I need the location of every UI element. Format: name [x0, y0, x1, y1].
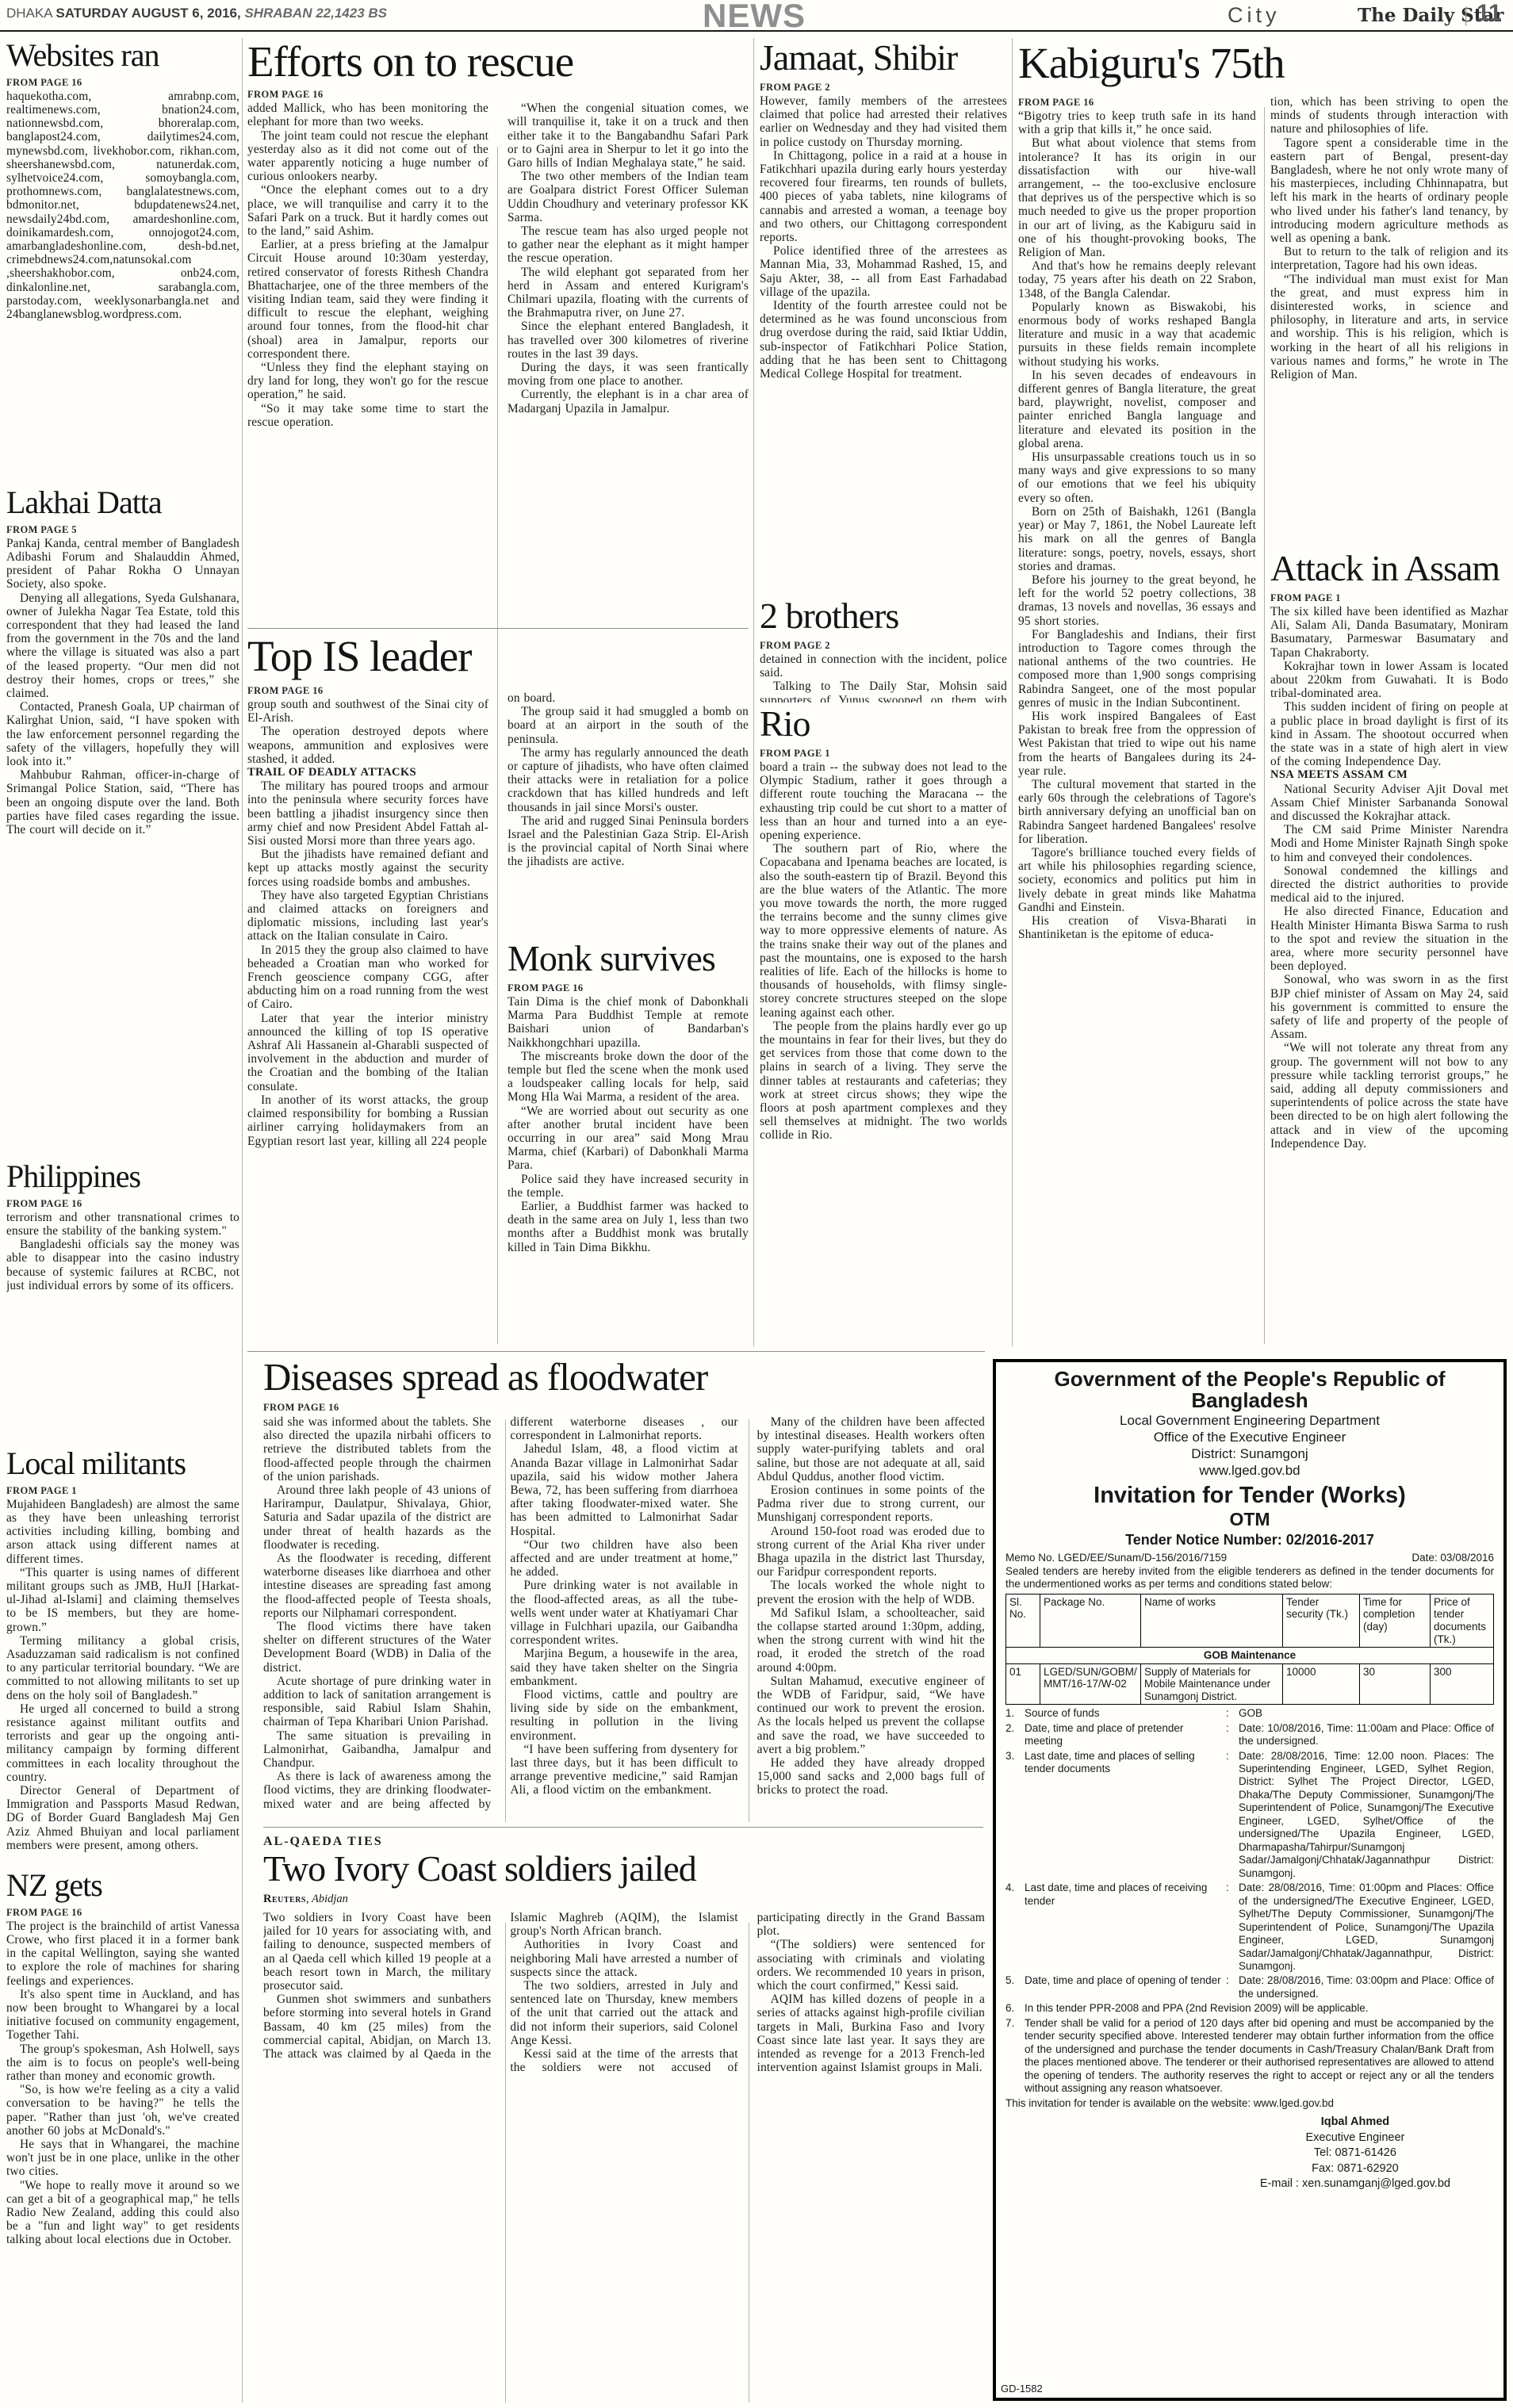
paragraph: Around 150-foot road was eroded due to s… — [757, 1525, 985, 1579]
page-section-label: City — [1228, 3, 1281, 28]
ad-department: Local Government Engineering Department — [1005, 1412, 1494, 1429]
paragraph: group south and southwest of the Sinai c… — [247, 698, 488, 725]
col-header-sl: Sl. No. — [1006, 1594, 1040, 1647]
table-section-row: GOB Maintenance — [1006, 1648, 1494, 1664]
paragraph: The army has regularly announced the dea… — [508, 746, 749, 814]
ad-works-table: Sl. No. Package No. Name of works Tender… — [1005, 1594, 1494, 1705]
article-headline: Monk survives — [508, 940, 749, 978]
section-rule — [247, 1351, 985, 1352]
col-header-package: Package No. — [1040, 1594, 1141, 1647]
ad-condition-item: 7. Tender shall be valid for a period of… — [1005, 2017, 1494, 2096]
table-row: 01 LGED/SUN/GOBM/MMT/16-17/W-02 Supply o… — [1006, 1663, 1494, 1705]
paragraph: Identity of the fourth arrestee could no… — [760, 299, 1007, 381]
article-kabiguru-left: FROM PAGE 16 “Bigotry tries to keep trut… — [1018, 95, 1256, 1348]
paragraph: This sudden incident of firing on people… — [1270, 700, 1508, 768]
paragraph: Kokrajhar town in lower Assam is located… — [1270, 660, 1508, 701]
item-value: Date: 10/08/2016, Time: 11:00am and Plac… — [1239, 1722, 1494, 1748]
article-headline: Philippines — [6, 1161, 239, 1193]
article-headline: Two Ivory Coast soldiers jailed — [263, 1851, 985, 1888]
from-page-label: FROM PAGE 16 — [6, 77, 239, 89]
article-kabiguru-headline: Kabiguru's 75th — [1018, 41, 1508, 90]
paragraph: Md Safikul Islam, a schoolteacher, said … — [757, 1606, 985, 1675]
signatory-tel: Tel: 0871-61426 — [1260, 2146, 1450, 2161]
paragraph: And that's how he remains deeply relevan… — [1018, 259, 1256, 301]
article-headline: Local militants — [6, 1448, 239, 1480]
item-number: 4. — [1005, 1882, 1025, 1973]
paragraph: TRAIL OF DEADLY ATTACKS — [247, 766, 488, 779]
paragraph: In another of its worst attacks, the gro… — [247, 1093, 488, 1148]
article-body: Pankaj Kanda, central member of Banglade… — [6, 537, 239, 836]
paragraph: However, family members of the arrestees… — [760, 94, 1007, 149]
article-top-is-leader-left: FROM PAGE 16 group south and southwest o… — [247, 683, 488, 1334]
paragraph: “Unless they find the elephant staying o… — [247, 361, 488, 402]
paragraph: Talking to The Daily Star, Mohsin said s… — [760, 680, 1007, 702]
article-kabiguru-right: tion, which has been striving to open th… — [1270, 95, 1508, 546]
paragraph: Tagore's brilliance touched every fields… — [1018, 846, 1256, 914]
article-attack-in-assam: Attack in Assam FROM PAGE 1 The six kill… — [1270, 550, 1508, 1348]
paragraph: It's also spent time in Auckland, and ha… — [6, 1988, 239, 2042]
paragraph: “Once the elephant comes out to a dry pl… — [247, 183, 488, 238]
paragraph: Many of the children have been affected … — [757, 1415, 985, 1483]
article-top-is-leader-headline: Top IS leader — [247, 634, 749, 680]
paragraph: But the jihadists have remained defiant … — [247, 848, 488, 889]
column-divider — [1264, 107, 1265, 1344]
col-header-price: Price of tender documents (Tk.) — [1431, 1594, 1494, 1647]
article-2-brothers: 2 brothers FROM PAGE 2 detained in conne… — [760, 598, 1007, 702]
paragraph: haquekotha.com, amrabnp.com, realtimenew… — [6, 90, 239, 321]
article-body: Tain Dima is the chief monk of Dabonkhal… — [508, 995, 749, 1254]
paragraph: Born on 25th of Baishakh, 1261 (Bangla y… — [1018, 505, 1256, 573]
ad-availability-line: This invitation for tender is available … — [1005, 2097, 1494, 2110]
paragraph: In his seven decades of endeavours in di… — [1018, 369, 1256, 450]
paragraph: terrorism and other transnational crimes… — [6, 1211, 239, 1238]
article-monk-survives: Monk survives FROM PAGE 16 Tain Dima is … — [508, 940, 749, 1343]
article-diseases-floodwater: Diseases spread as floodwater FROM PAGE … — [263, 1357, 985, 1822]
paragraph: For Bangladeshis and Indians, their firs… — [1018, 628, 1256, 710]
col-header-security: Tender security (Tk.) — [1283, 1594, 1360, 1647]
signatory-fax: Fax: 0871-62920 — [1260, 2161, 1450, 2177]
column-divider — [1012, 38, 1013, 1346]
col-header-name: Name of works — [1141, 1594, 1283, 1647]
paragraph: Mahbubur Rahman, officer-in-charge of Sr… — [6, 768, 239, 836]
item-number: 6. — [1005, 2002, 1025, 2015]
paragraph: In 2015 they the group also claimed to h… — [247, 944, 488, 1012]
ad-method: OTM — [1005, 1509, 1494, 1530]
ad-memo-line: Memo No. LGED/EE/Sunam/D-156/2016/7159 D… — [1005, 1552, 1494, 1564]
paragraph: “When the congenial situation comes, we … — [508, 101, 749, 170]
article-body: Two soldiers in Ivory Coast have been ja… — [263, 1911, 985, 2074]
paragraph: AQIM has killed dozens of people in a se… — [757, 1993, 985, 2074]
article-body: group south and southwest of the Sinai c… — [247, 698, 488, 1148]
paragraph: Jahedul Islam, 48, a flood victim at Ana… — [510, 1442, 737, 1537]
paragraph: The southern part of Rio, where the Copa… — [760, 842, 1007, 1020]
paragraph: Since the elephant entered Bangladesh, i… — [508, 320, 749, 361]
signatory-title: Executive Engineer — [1260, 2130, 1450, 2146]
paragraph: The miscreants broke down the door of th… — [508, 1050, 749, 1104]
paragraph: said she was informed about the tablets.… — [263, 1415, 491, 1483]
article-body: “Bigotry tries to keep truth safe in its… — [1018, 109, 1256, 941]
paragraph: Sonowal, who was sworn in as the first B… — [1270, 973, 1508, 1041]
item-value: Date: 28/08/2016, Time: 01:00pm and Plac… — [1239, 1882, 1494, 1973]
paragraph: But what about violence that stems from … — [1018, 136, 1256, 259]
edition-date: SATURDAY AUGUST 6, 2016, — [56, 6, 240, 21]
signatory-email: E-mail : xen.sunamganj@lged.gov.bd — [1260, 2176, 1450, 2192]
paragraph: The military has poured troops and armou… — [247, 779, 488, 848]
paragraph: As the floodwater is receding, different… — [263, 1552, 491, 1620]
article-headline: Efforts on to rescue — [247, 40, 749, 84]
paragraph: The operation destroyed depots where wea… — [247, 725, 488, 766]
column-divider — [242, 38, 243, 2402]
paragraph: detained in connection with the incident… — [760, 653, 1007, 680]
paragraph: The wild elephant got separated from her… — [508, 266, 749, 320]
tender-advertisement: Government of the People's Republic of B… — [993, 1359, 1507, 2401]
article-local-militants: Local militants FROM PAGE 1 Mujahideen B… — [6, 1448, 239, 1866]
paragraph: The rescue team has also urged people no… — [508, 224, 749, 266]
paragraph: His unsurpassable creations touch us in … — [1018, 450, 1256, 505]
item-colon: : — [1226, 1707, 1239, 1720]
paragraph: He urged all concerned to build a strong… — [6, 1702, 239, 1784]
ad-condition-item: 6. In this tender PPR-2008 and PPA (2nd … — [1005, 2002, 1494, 2015]
paragraph: Pure drinking water is not available in … — [510, 1579, 737, 1647]
paragraph: “The individual man must exist for Man t… — [1270, 273, 1508, 382]
cell-package: LGED/SUN/GOBM/MMT/16-17/W-02 — [1040, 1663, 1141, 1705]
article-headline: Rio — [760, 706, 1007, 743]
item-number: 2. — [1005, 1722, 1025, 1748]
article-kicker: AL-QAEDA TIES — [263, 1835, 985, 1849]
from-page-label: FROM PAGE 2 — [760, 640, 1007, 652]
paragraph: Director General of Department of Immigr… — [6, 1784, 239, 1852]
header-rule — [0, 30, 1513, 32]
paragraph: His work inspired Bangalees of East Paki… — [1018, 710, 1256, 778]
paragraph: on board. — [508, 691, 749, 705]
article-body: board a train -- the subway does not lea… — [760, 760, 1007, 1143]
article-headline: Websites ran — [6, 40, 239, 72]
paragraph: National Security Adviser Ajit Doval met… — [1270, 783, 1508, 824]
paragraph: Popularly known as Biswakobi, his enormo… — [1018, 301, 1256, 369]
ad-condition-item: 3. Last date, time and places of selling… — [1005, 1750, 1494, 1881]
paragraph: "So, is how we're feeling as a city a va… — [6, 2083, 239, 2138]
section-rule — [247, 628, 749, 629]
paragraph: Authorities in Ivory Coast and neighbori… — [510, 1938, 737, 1979]
paragraph: In Chittagong, police in a raid at a hou… — [760, 149, 1007, 244]
paragraph: The six killed have been identified as M… — [1270, 605, 1508, 660]
paragraph: The flood victims there have taken shelt… — [263, 1620, 491, 1675]
ad-tender-notice-number: Tender Notice Number: 02/2016-2017 — [1005, 1532, 1494, 1549]
article-lakhai-datta: Lakhai Datta FROM PAGE 5 Pankaj Kanda, c… — [6, 487, 239, 1157]
item-text: Tender shall be valid for a period of 12… — [1025, 2017, 1494, 2096]
paragraph: Contacted, Pranesh Goala, UP chairman of… — [6, 700, 239, 768]
paragraph: The CM said Prime Minister Narendra Modi… — [1270, 823, 1508, 864]
article-rio: Rio FROM PAGE 1 board a train -- the sub… — [760, 706, 1007, 1340]
from-page-label: FROM PAGE 16 — [247, 89, 749, 101]
column-divider — [753, 38, 754, 1346]
paragraph: board a train -- the subway does not lea… — [760, 760, 1007, 842]
paragraph: Police identified three of the arrestees… — [760, 244, 1007, 299]
cell-name: Supply of Materials for Mobile Maintenan… — [1141, 1663, 1283, 1705]
article-body: The project is the brainchild of artist … — [6, 1920, 239, 2247]
item-colon: : — [1226, 1750, 1239, 1881]
paragraph: added Mallick, who has been monitoring t… — [247, 101, 488, 128]
cell-security: 10000 — [1283, 1663, 1360, 1705]
signatory-name: Iqbal Ahmed — [1260, 2115, 1450, 2130]
paragraph: The same situation is prevailing in Lalm… — [263, 1729, 491, 1771]
paragraph: The group's spokesman, Ash Holwell, says… — [6, 2042, 239, 2084]
edition-city: DHAKA — [6, 6, 52, 21]
ad-memo-no: Memo No. LGED/EE/Sunam/D-156/2016/7159 — [1005, 1552, 1227, 1564]
item-number: 1. — [1005, 1707, 1025, 1720]
paragraph: “I have been suffering from dysentery fo… — [510, 1743, 737, 1797]
article-byline: Reuters, Abidjan — [263, 1893, 985, 1906]
paragraph: Terming militancy a global crisis, Asadu… — [6, 1634, 239, 1702]
paragraph: The project is the brainchild of artist … — [6, 1920, 239, 1988]
article-body: detained in connection with the incident… — [760, 653, 1007, 702]
paragraph: They have also targeted Egyptian Christi… — [247, 889, 488, 944]
paragraph: Currently, the elephant is in a char are… — [508, 388, 749, 415]
table-section-label: GOB Maintenance — [1006, 1648, 1494, 1664]
article-body: said she was informed about the tablets.… — [263, 1415, 985, 1811]
table-header-row: Sl. No. Package No. Name of works Tender… — [1006, 1594, 1494, 1647]
paragraph: The arid and rugged Sinai Peninsula bord… — [508, 814, 749, 869]
paragraph: The two soldiers, arrested in July and s… — [510, 1979, 737, 2047]
paragraph: “So it may take some time to start the r… — [247, 402, 488, 429]
paragraph: Before his journey to the great beyond, … — [1018, 573, 1256, 628]
paragraph: Earlier, a Buddhist farmer was hacked to… — [508, 1200, 749, 1254]
section-rule — [263, 1827, 983, 1828]
paragraph: He added they have already dropped 15,00… — [757, 1756, 985, 1797]
ad-website: www.lged.gov.bd — [1005, 1462, 1494, 1479]
article-body: added Mallick, who has been monitoring t… — [247, 101, 749, 429]
article-headline: Jamaat, Shibir — [760, 40, 1007, 77]
paragraph: Around three lakh people of 43 unions of… — [263, 1483, 491, 1552]
item-colon: : — [1226, 1974, 1239, 2000]
paragraph: “This quarter is using names of differen… — [6, 1566, 239, 1634]
from-page-label: FROM PAGE 1 — [6, 1485, 239, 1497]
paragraph: Bangladeshi officials say the money was … — [6, 1238, 239, 1292]
article-body: Mujahideen Bangladesh) are almost the sa… — [6, 1498, 239, 1852]
paragraph: The joint team could not rescue the elep… — [247, 129, 488, 184]
item-colon: : — [1226, 1882, 1239, 1973]
ad-intro-text: Sealed tenders are hereby invited from t… — [1005, 1565, 1494, 1591]
cell-price: 300 — [1431, 1663, 1494, 1705]
paragraph: Two soldiers in Ivory Coast have been ja… — [263, 1911, 491, 1993]
article-philippines: Philippines FROM PAGE 16 terrorism and o… — [6, 1161, 239, 1445]
ad-gd-number: GD-1582 — [1001, 2383, 1043, 2395]
item-value: Date: 28/08/2016, Time: 12.00 noon. Plac… — [1239, 1750, 1494, 1881]
byline-agency: Reuters — [263, 1893, 306, 1905]
paragraph: He also directed Finance, Education and … — [1270, 905, 1508, 973]
from-page-label: FROM PAGE 1 — [1270, 592, 1508, 604]
item-value: Date: 28/08/2016, Time: 03:00pm and Plac… — [1239, 1974, 1494, 2000]
cell-sl: 01 — [1006, 1663, 1040, 1705]
ad-condition-item: 4. Last date, time and places of receivi… — [1005, 1882, 1494, 1973]
article-headline: Attack in Assam — [1270, 550, 1508, 588]
paragraph: Acute shortage of pure drinking water in… — [263, 1675, 491, 1729]
item-number: 7. — [1005, 2017, 1025, 2096]
ad-condition-item: 5. Date, time and place of opening of te… — [1005, 1974, 1494, 2000]
paragraph: NSA MEETS ASSAM CM — [1270, 768, 1508, 782]
paragraph: tion, which has been striving to open th… — [1270, 95, 1508, 136]
from-page-label: FROM PAGE 16 — [508, 982, 749, 994]
item-value: GOB — [1239, 1707, 1494, 1720]
ad-signature-block: Iqbal Ahmed Executive Engineer Tel: 0871… — [1005, 2115, 1494, 2192]
item-colon: : — [1226, 1722, 1239, 1748]
from-page-label: FROM PAGE 1 — [760, 748, 1007, 760]
article-websites-ran: Websites ran FROM PAGE 16 haquekotha.com… — [6, 40, 239, 484]
paragraph: During the days, it was seen frantically… — [508, 361, 749, 388]
article-ivory-coast-soldiers: AL-QAEDA TIES Two Ivory Coast soldiers j… — [263, 1835, 985, 2404]
article-body: haquekotha.com, amrabnp.com, realtimenew… — [6, 90, 239, 321]
article-body: However, family members of the arrestees… — [760, 94, 1007, 381]
item-label: Date, time and place of pretender meetin… — [1025, 1722, 1226, 1748]
paragraph: The people from the plains hardly ever g… — [760, 1020, 1007, 1143]
paragraph: Pankaj Kanda, central member of Banglade… — [6, 537, 239, 591]
article-efforts-rescue: Efforts on to rescue FROM PAGE 16 added … — [247, 40, 749, 625]
article-body: tion, which has been striving to open th… — [1270, 95, 1508, 381]
availability-text: This invitation for tender is available … — [1005, 2097, 1494, 2110]
item-label: Last date, time and places of receiving … — [1025, 1882, 1226, 1973]
byline-place: , Abidjan — [306, 1893, 348, 1905]
article-headline: Lakhai Datta — [6, 487, 239, 519]
ad-memo-date: Date: 03/08/2016 — [1411, 1552, 1494, 1564]
from-page-label: FROM PAGE 16 — [247, 685, 488, 697]
from-page-label: FROM PAGE 16 — [263, 1402, 985, 1414]
from-page-label: FROM PAGE 16 — [1018, 97, 1256, 109]
item-label: Date, time and place of opening of tende… — [1025, 1974, 1226, 2000]
edition-dateline: DHAKA SATURDAY AUGUST 6, 2016, SHRABAN 2… — [6, 6, 387, 21]
item-text: In this tender PPR-2008 and PPA (2nd Rev… — [1025, 2002, 1494, 2015]
paragraph: Denying all allegations, Syeda Gulshanar… — [6, 591, 239, 701]
masthead-separator: | — [1464, 3, 1468, 27]
paragraph: Marjina Begum, a housewife in the area, … — [510, 1647, 737, 1688]
item-label: Last date, time and places of selling te… — [1025, 1750, 1226, 1881]
cell-time: 30 — [1360, 1663, 1431, 1705]
paragraph: Earlier, at a press briefing at the Jama… — [247, 238, 488, 361]
paragraph: The two other members of the Indian team… — [508, 170, 749, 224]
ad-condition-item: 2. Date, time and place of pretender mee… — [1005, 1722, 1494, 1748]
article-nz-gets: NZ gets FROM PAGE 16 The project is the … — [6, 1870, 239, 2406]
ad-government-title: Government of the People's Republic of B… — [1005, 1369, 1494, 1412]
ad-district: District: Sunamgonj — [1005, 1445, 1494, 1462]
from-page-label: FROM PAGE 16 — [6, 1198, 239, 1210]
paragraph: “Our two children have also been affecte… — [510, 1538, 737, 1579]
paragraph: Tagore spent a considerable time in the … — [1270, 136, 1508, 246]
paragraph: The group said it had smuggled a bomb on… — [508, 705, 749, 746]
article-headline: Kabiguru's 75th — [1018, 41, 1508, 86]
col-header-time: Time for completion (day) — [1360, 1594, 1431, 1647]
from-page-label: FROM PAGE 2 — [760, 82, 1007, 94]
article-jamaat-shibir: Jamaat, Shibir FROM PAGE 2 However, fami… — [760, 40, 1007, 595]
paragraph: His creation of Visva-Bharati in Shantin… — [1018, 914, 1256, 941]
article-headline: Top IS leader — [247, 634, 749, 679]
paragraph: “(The soldiers) were sentenced for assoc… — [757, 1938, 985, 1993]
article-headline: Diseases spread as floodwater — [263, 1357, 985, 1397]
paragraph: The locals worked the whole night to pre… — [757, 1579, 985, 1606]
paragraph: The cultural movement that started in th… — [1018, 778, 1256, 846]
edition-bangla-date: SHRABAN 22,1423 BS — [244, 6, 387, 21]
paragraph: “Bigotry tries to keep truth safe in its… — [1018, 109, 1256, 136]
paragraph: Sultan Mahamud, executive engineer of th… — [757, 1675, 985, 1756]
article-body: on board.The group said it had smuggled … — [508, 691, 749, 869]
ad-conditions-list: 1. Source of funds : GOB 2. Date, time a… — [1005, 1707, 1494, 2110]
paragraph: Sonowal condemned the killings and direc… — [1270, 864, 1508, 905]
paragraph: Flood victims, cattle and poultry are li… — [510, 1688, 737, 1743]
ad-invitation-title: Invitation for Tender (Works) — [1005, 1483, 1494, 1509]
paragraph: Police said they have increased security… — [508, 1173, 749, 1200]
paragraph: “We are worried about out security as on… — [508, 1104, 749, 1173]
article-top-is-leader-right: on board.The group said it had smuggled … — [508, 691, 749, 929]
article-headline: NZ gets — [6, 1870, 239, 1902]
article-body: The six killed have been identified as M… — [1270, 605, 1508, 1150]
paragraph: Later that year the interior ministry an… — [247, 1012, 488, 1093]
paragraph: He says that in Whangarei, the machine w… — [6, 2138, 239, 2179]
from-page-label: FROM PAGE 5 — [6, 524, 239, 536]
ad-office: Office of the Executive Engineer — [1005, 1429, 1494, 1445]
paragraph: "We hope to really move it around so we … — [6, 2179, 239, 2247]
item-number: 3. — [1005, 1750, 1025, 1881]
paragraph: Erosion continues in some points of the … — [757, 1483, 985, 1525]
item-label: Source of funds — [1025, 1707, 1226, 1720]
article-headline: 2 brothers — [760, 598, 1007, 635]
from-page-label: FROM PAGE 16 — [6, 1907, 239, 1919]
paragraph: But to return to the talk of religion an… — [1270, 245, 1508, 272]
ad-condition-item: 1. Source of funds : GOB — [1005, 1707, 1494, 1720]
paragraph: Tain Dima is the chief monk of Dabonkhal… — [508, 995, 749, 1050]
paragraph: Mujahideen Bangladesh) are almost the sa… — [6, 1498, 239, 1566]
paragraph: “We will not tolerate any threat from an… — [1270, 1041, 1508, 1150]
article-body: terrorism and other transnational crimes… — [6, 1211, 239, 1292]
item-number: 5. — [1005, 1974, 1025, 2000]
newspaper-page: DHAKA SATURDAY AUGUST 6, 2016, SHRABAN 2… — [0, 0, 1513, 2408]
page-number: 11 — [1477, 0, 1502, 27]
